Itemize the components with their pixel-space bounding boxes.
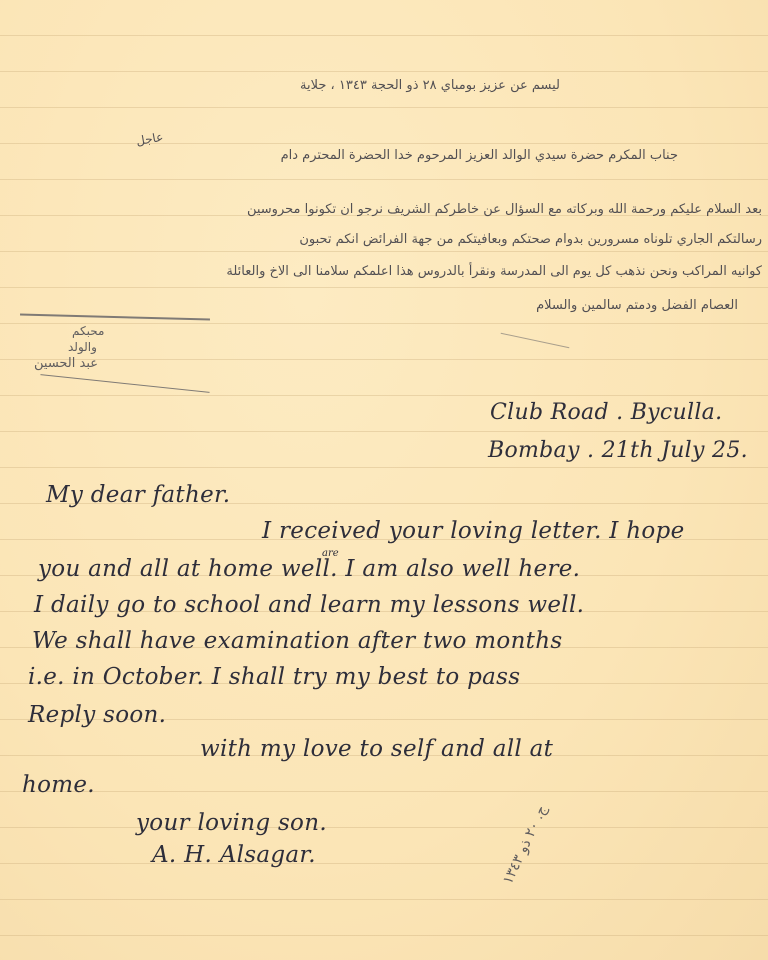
salutation: My dear father. [46,482,230,508]
arabic-signature-line-1: محبكم [72,324,104,338]
arabic-line-2: بعد السلام عليكم ورحمة الله وبركاته مع ا… [247,202,762,217]
address-line-2: Bombay . 21th July 25. [488,438,748,463]
arabic-line-1: جناب المكرم حضرة سيدي الوالد العزيز المر… [281,148,678,163]
arabic-line-5: العصام الفضل ودمتم سالمين والسلام [536,298,738,313]
letter-paper [0,0,768,960]
body-line-4: We shall have examination after two mont… [32,628,562,654]
arabic-line-3: رسالتكم الجاري تلوناه مسرورين بدوام صحتك… [299,232,762,247]
body-line-6: Reply soon. [28,702,166,728]
insertion-are: are [322,548,339,559]
arabic-line-4: كوانيه المراكب ونحن نذهب كل يوم الى المد… [226,264,762,279]
arabic-signature-line-3: عبد الحسين [34,356,98,371]
body-line-2: you and all at home well. I am also well… [38,556,580,582]
closing-line-1: with my love to self and all at [200,736,553,762]
arabic-header-date: ليسم عن عزيز بومباي ٢٨ ذو الحجة ١٣٤٣ ، ج… [330,78,560,93]
valediction: your loving son. [136,810,327,836]
body-line-5: i.e. in October. I shall try my best to … [28,664,520,690]
arabic-signature-line-2: والولد [68,340,97,354]
closing-line-2: home. [22,772,95,798]
body-line-3: I daily go to school and learn my lesson… [34,592,584,618]
signature: A. H. Alsagar. [152,842,316,868]
address-line-1: Club Road . Byculla. [490,400,722,425]
body-line-1: I received your loving letter. I hope [262,518,685,544]
